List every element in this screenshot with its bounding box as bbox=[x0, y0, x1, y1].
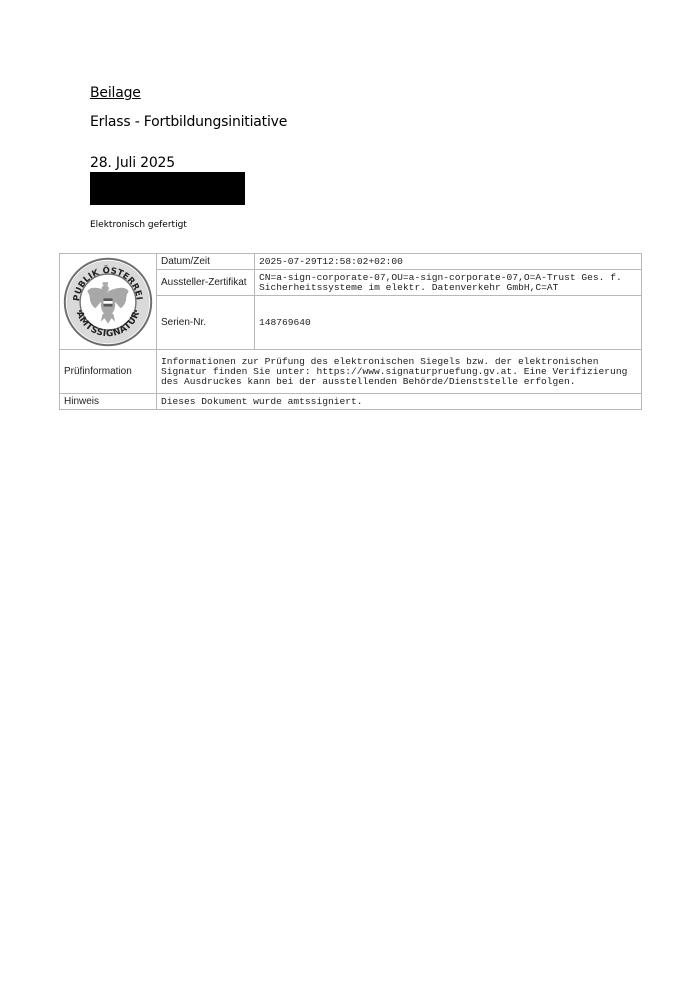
datetime-label: Datum/Zeit bbox=[157, 254, 255, 270]
note-value: Dieses Dokument wurde amtssigniert. bbox=[157, 394, 642, 410]
document-date: 28. Juli 2025 bbox=[90, 155, 175, 171]
issuer-certificate-value: CN=a-sign-corporate-07,OU=a-sign-corpora… bbox=[255, 270, 642, 296]
datetime-value: 2025-07-29T12:58:02+02:00 bbox=[255, 254, 642, 270]
seal-cell: REPUBLIK ÖSTERREICH AMTSSIGNATUR bbox=[60, 254, 157, 350]
redacted-signatory bbox=[90, 172, 245, 205]
serial-number-label: Serien-Nr. bbox=[157, 296, 255, 350]
issuer-certificate-label: Aussteller-Zertifikat bbox=[157, 270, 255, 296]
signature-row-note: Hinweis Dieses Dokument wurde amtssignie… bbox=[60, 394, 642, 410]
electronically-signed-note: Elektronisch gefertigt bbox=[90, 220, 187, 230]
note-label: Hinweis bbox=[60, 394, 157, 410]
signature-block: REPUBLIK ÖSTERREICH AMTSSIGNATUR bbox=[59, 253, 642, 410]
serial-number-value: 148769640 bbox=[255, 296, 642, 350]
austrian-eagle-seal-icon: REPUBLIK ÖSTERREICH AMTSSIGNATUR bbox=[63, 257, 153, 347]
signature-row-datetime: REPUBLIK ÖSTERREICH AMTSSIGNATUR bbox=[60, 254, 642, 270]
verification-info-value: Informationen zur Prüfung des elektronis… bbox=[157, 350, 642, 394]
signature-row-verification-info: Prüfinformation Informationen zur Prüfun… bbox=[60, 350, 642, 394]
verification-info-label: Prüfinformation bbox=[60, 350, 157, 394]
attachment-heading: Beilage bbox=[90, 85, 141, 101]
document-subject: Erlass - Fortbildungsinitiative bbox=[90, 114, 287, 130]
